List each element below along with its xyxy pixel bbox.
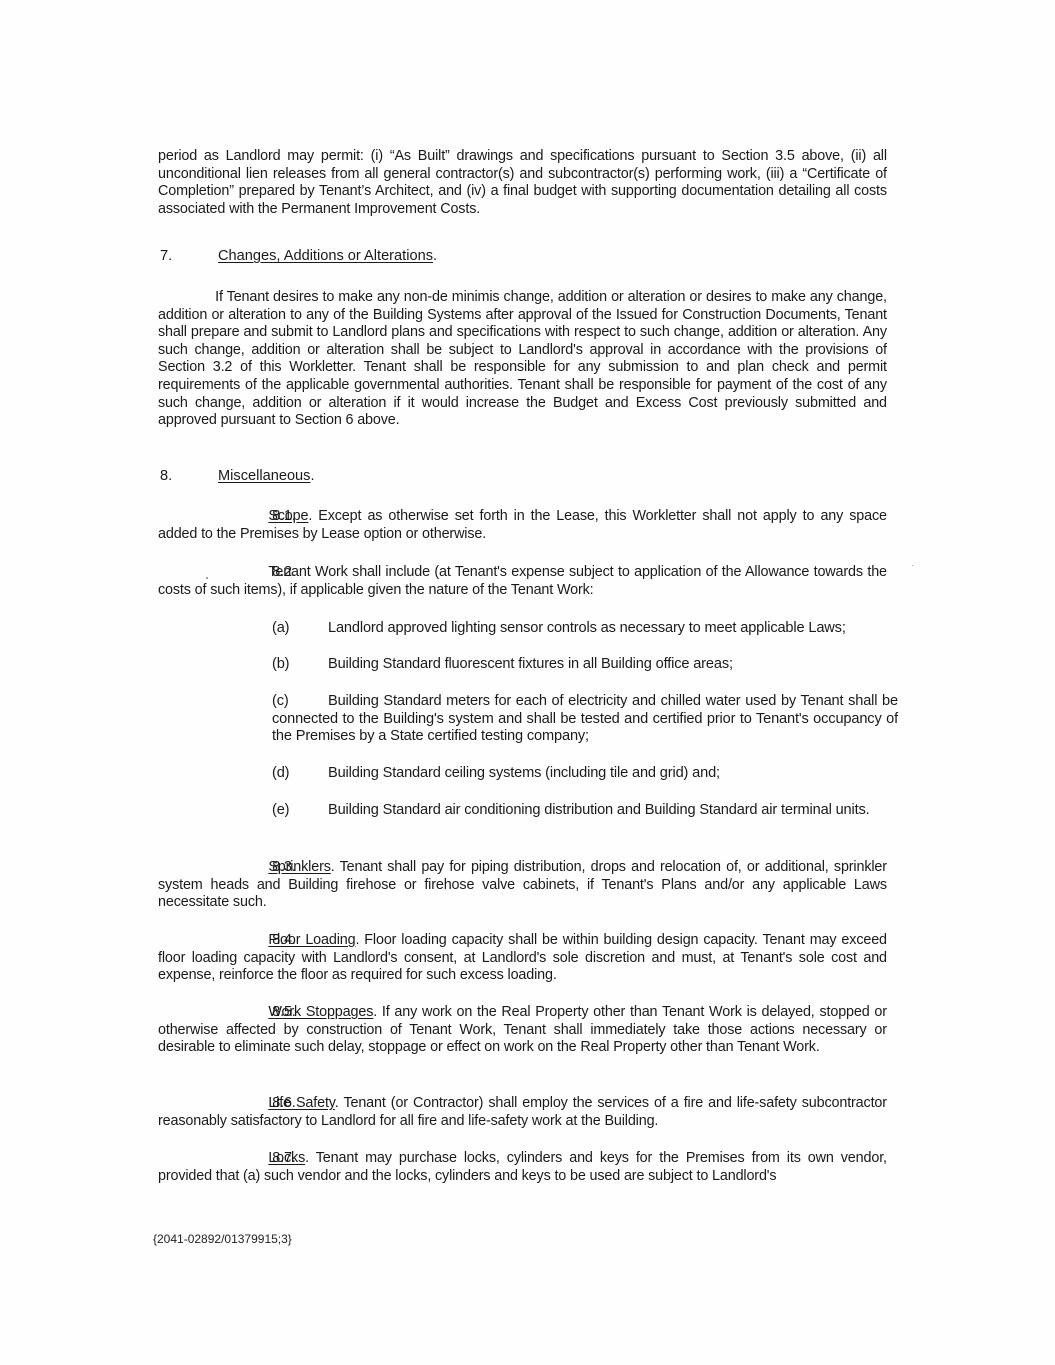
item-label: (c) xyxy=(272,693,328,711)
subsection-number: 8.1. xyxy=(215,508,268,526)
subsection-number: 8.4. xyxy=(215,932,268,950)
subsection-8-1: 8.1.Scope. Except as otherwise set forth… xyxy=(158,508,887,543)
subsection-number: 8.7. xyxy=(215,1150,268,1168)
subsection-title: Scope xyxy=(268,508,308,524)
list-item-c: (c)Building Standard meters for each of … xyxy=(272,693,898,746)
subsection-8-6: 8.6.Life Safety. Tenant (or Contractor) … xyxy=(158,1095,887,1130)
subsection-number: 8.6. xyxy=(215,1095,268,1113)
section-number: 8. xyxy=(160,468,218,486)
list-item-d: (d)Building Standard ceiling systems (in… xyxy=(272,765,898,783)
section-title: Changes, Additions or Alterations xyxy=(218,248,433,264)
section-7-body: If Tenant desires to make any non-de min… xyxy=(158,289,887,430)
subsection-8-4: 8.4.Floor Loading. Floor loading capacit… xyxy=(158,932,887,985)
subsection-number: 8.3. xyxy=(215,859,268,877)
subsection-8-7: 8.7.Locks. Tenant may purchase locks, cy… xyxy=(158,1150,887,1185)
item-label: (b) xyxy=(272,656,328,674)
item-label: (d) xyxy=(272,765,328,783)
section-7-heading: 7.Changes, Additions or Alterations. xyxy=(160,248,437,266)
list-item-b: (b)Building Standard fluorescent fixture… xyxy=(272,656,898,674)
item-label: (a) xyxy=(272,620,328,638)
scan-speck xyxy=(206,577,208,579)
section-8-heading: 8.Miscellaneous. xyxy=(160,468,315,486)
item-text: Building Standard meters for each of ele… xyxy=(272,693,898,744)
subsection-title: Locks xyxy=(268,1150,305,1166)
subsection-8-5: 8.5.Work Stoppages. If any work on the R… xyxy=(158,1004,887,1057)
subsection-body: Tenant Work shall include (at Tenant's e… xyxy=(158,564,887,598)
footer-document-id: {2041-02892/01379915;3} xyxy=(153,1232,292,1246)
subsection-8-3: 8.3.Sprinklers. Tenant shall pay for pip… xyxy=(158,859,887,912)
subsection-title: Sprinklers xyxy=(268,859,330,875)
subsection-title: Work Stoppages xyxy=(268,1004,373,1020)
section-title: Miscellaneous xyxy=(218,468,310,484)
item-text: Landlord approved lighting sensor contro… xyxy=(328,620,846,636)
item-label: (e) xyxy=(272,802,328,820)
subsection-number: 8.2. xyxy=(215,564,268,582)
item-text: Building Standard ceiling systems (inclu… xyxy=(328,765,720,781)
scan-speck xyxy=(912,565,913,566)
list-item-a: (a)Landlord approved lighting sensor con… xyxy=(272,620,898,638)
subsection-title: Floor Loading xyxy=(268,932,355,948)
subsection-number: 8.5. xyxy=(215,1004,268,1022)
document-page: period as Landlord may permit: (i) “As B… xyxy=(0,0,1055,1365)
subsection-title: Life Safety xyxy=(268,1095,334,1111)
list-item-e: (e)Building Standard air conditioning di… xyxy=(272,802,898,820)
item-text: Building Standard fluorescent fixtures i… xyxy=(328,656,733,672)
subsection-8-2: 8.2.Tenant Work shall include (at Tenant… xyxy=(158,564,887,599)
section-number: 7. xyxy=(160,248,218,266)
item-text: Building Standard air conditioning distr… xyxy=(328,802,870,818)
intro-paragraph: period as Landlord may permit: (i) “As B… xyxy=(158,148,887,218)
